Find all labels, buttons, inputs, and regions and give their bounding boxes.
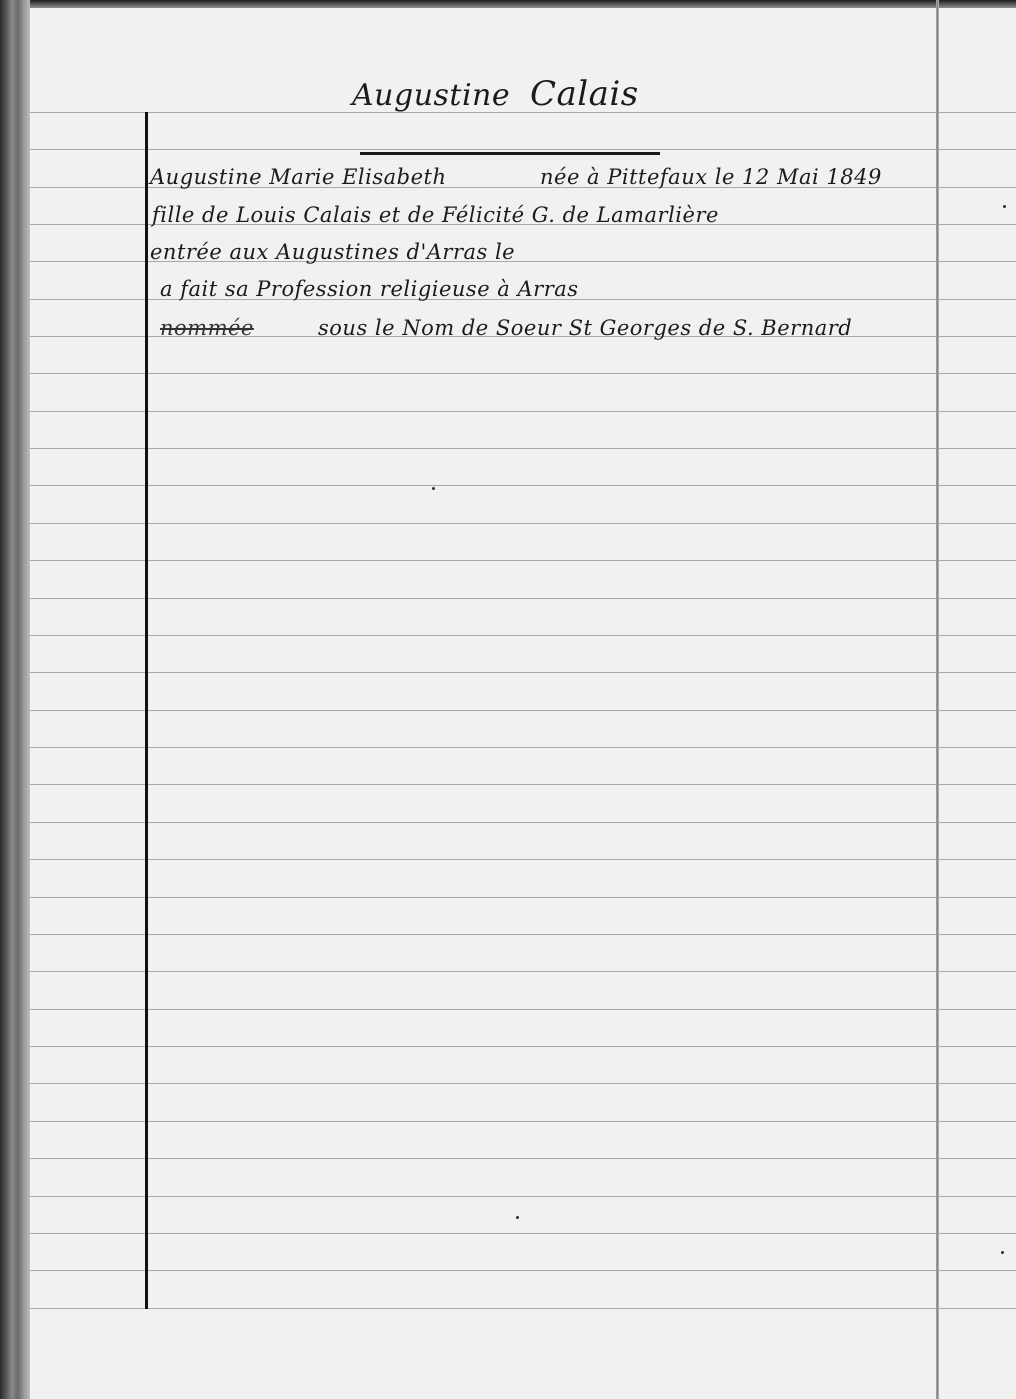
margin-line: [145, 112, 148, 1309]
ruled-line: [30, 635, 1016, 636]
entry-line-5-struck: nommée: [160, 316, 254, 340]
ruled-line: [30, 1046, 1016, 1047]
ruled-line: [30, 373, 1016, 374]
entry-line-5-right: sous le Nom de Soeur St Georges de S. Be…: [318, 316, 852, 340]
entry-line-1-right: née à Pittefaux le 12 Mai 1849: [540, 165, 882, 189]
ruled-line: [30, 672, 1016, 673]
ruled-line: [30, 1270, 1016, 1271]
ruled-line: [30, 598, 1016, 599]
title-surname: Calais: [530, 74, 639, 114]
speck: [432, 487, 435, 490]
entry-line-2: fille de Louis Calais et de Félicité G. …: [152, 203, 719, 227]
ruled-line: [30, 149, 1016, 150]
ruled-line: [30, 710, 1016, 711]
speck: [1001, 1251, 1004, 1254]
entry-line-1-left: Augustine Marie Elisabeth: [150, 165, 447, 189]
ruled-line: [30, 1158, 1016, 1159]
speck: [516, 1216, 519, 1219]
ruled-line: [30, 523, 1016, 524]
ruled-line: [30, 560, 1016, 561]
speck: [1003, 205, 1006, 208]
ruled-line: [30, 971, 1016, 972]
ruled-line: [30, 747, 1016, 748]
ruled-line: [30, 784, 1016, 785]
ruled-line: [30, 1233, 1016, 1234]
ruled-line: [30, 1308, 1016, 1309]
ruled-line: [30, 411, 1016, 412]
entry-line-3: entrée aux Augustines d'Arras le: [150, 240, 515, 264]
page-fold-crease: [936, 0, 939, 1399]
ruled-line: [30, 897, 1016, 898]
book-binding-edge: [0, 0, 30, 1399]
ruled-line: [30, 1196, 1016, 1197]
ruled-line: [30, 112, 1016, 113]
ruled-line: [30, 1121, 1016, 1122]
ruled-line: [30, 822, 1016, 823]
ruled-line: [30, 448, 1016, 449]
title-underline: [360, 152, 660, 155]
ruled-line: [30, 1083, 1016, 1084]
ruled-line: [30, 1009, 1016, 1010]
page-top-edge: [30, 0, 1016, 8]
ruled-line: [30, 934, 1016, 935]
title-given-name: Augustine: [352, 78, 510, 113]
entry-line-4: a fait sa Profession religieuse à Arras: [160, 277, 579, 301]
ruled-line: [30, 485, 1016, 486]
ruled-line: [30, 859, 1016, 860]
